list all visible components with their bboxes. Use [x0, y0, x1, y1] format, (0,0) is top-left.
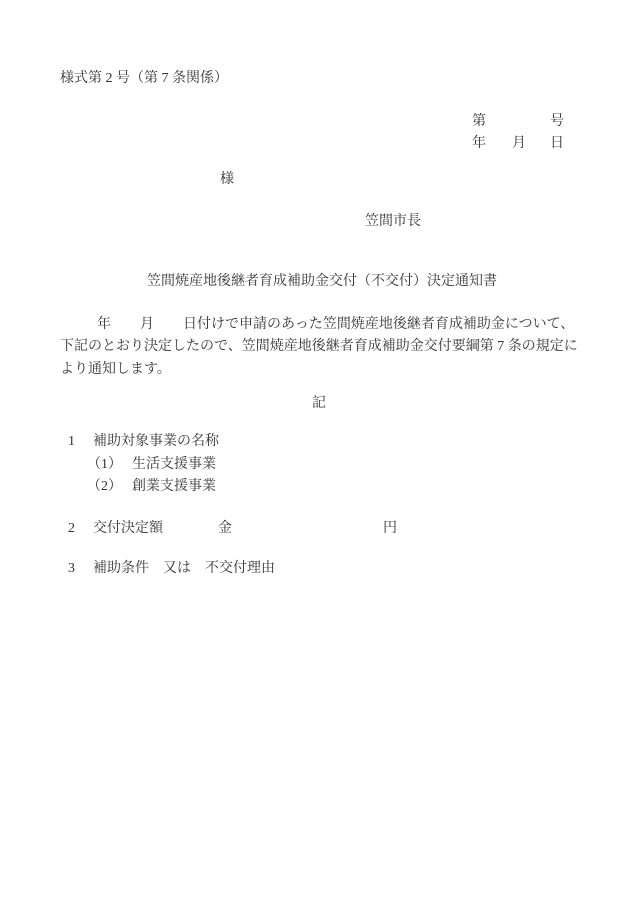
item-1-line: 1 補助対象事業の名称 — [0, 433, 630, 450]
item-1-sub-1-label: 生活支援事業 — [132, 456, 216, 473]
document-page: 様式第 2 号（第 7 条関係） 第 号 年 月 日 様 笠間市長 笠間焼産地後… — [0, 0, 630, 903]
date-line: 年 月 日 — [0, 135, 630, 152]
item-1-sub-2-line: （2） 創業支援事業 — [0, 478, 630, 495]
date-year-label: 年 — [472, 135, 486, 152]
date-day-label: 日 — [550, 135, 564, 152]
record-marker: 記 — [312, 395, 326, 412]
addressee-line: 様 — [0, 171, 630, 188]
item-2-line: 2 交付決定額 金 円 — [0, 520, 630, 537]
sender-title: 笠間市長 — [365, 213, 421, 230]
addressee-honorific: 様 — [220, 171, 234, 188]
item-2-amount-prefix: 金 — [218, 520, 232, 537]
sender-line: 笠間市長 — [0, 213, 630, 230]
doc-number-line: 第 号 — [0, 113, 630, 130]
item-2-number: 2 — [68, 520, 75, 537]
body-year-label: 年 — [97, 316, 111, 333]
item-1-sub-2-number: （2） — [87, 478, 122, 495]
doc-number-suffix: 号 — [550, 113, 564, 130]
body-month-label: 月 — [140, 316, 154, 333]
document-title-line: 笠間焼産地後継者育成補助金交付（不交付）決定通知書 — [0, 273, 630, 290]
body-line-3: より通知します。 — [60, 361, 630, 378]
body-line-1: 年 月 日付けで申請のあった笠間焼産地後継者育成補助金について、 — [0, 316, 630, 333]
document-title: 笠間焼産地後継者育成補助金交付（不交付）決定通知書 — [147, 273, 497, 290]
date-month-label: 月 — [512, 135, 526, 152]
item-1-sub-1-line: （1） 生活支援事業 — [0, 456, 630, 473]
item-2-label: 交付決定額 — [93, 520, 163, 537]
record-marker-line: 記 — [0, 395, 630, 412]
item-2-amount-suffix: 円 — [383, 520, 397, 537]
doc-number-prefix: 第 — [472, 113, 486, 130]
body-line-2: 下記のとおり決定したので、笠間焼産地後継者育成補助金交付要綱第 7 条の規定に — [60, 338, 630, 355]
form-number: 様式第 2 号（第 7 条関係） — [60, 70, 630, 87]
item-1-number: 1 — [68, 433, 75, 450]
item-1-sub-1-number: （1） — [87, 456, 122, 473]
item-3-label: 補助条件 又は 不交付理由 — [93, 560, 275, 577]
body-line-1-text: 日付けで申請のあった笠間焼産地後継者育成補助金について、 — [183, 316, 574, 333]
item-1-label: 補助対象事業の名称 — [93, 433, 219, 450]
item-3-number: 3 — [68, 560, 75, 577]
item-1-sub-2-label: 創業支援事業 — [132, 478, 216, 495]
item-3-line: 3 補助条件 又は 不交付理由 — [0, 560, 630, 577]
